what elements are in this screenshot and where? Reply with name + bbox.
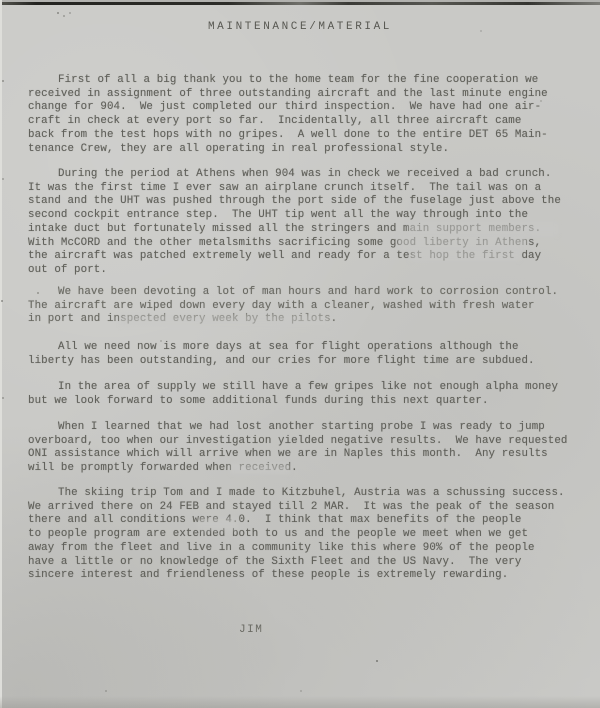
scanned-letter-page: MAINTENANCE/MATERIAL First of all a big … — [0, 0, 600, 708]
paragraph-corrosion-control: We have been devoting a lot of man hours… — [28, 286, 594, 327]
paragraph-athens-crunch: During the period at Athens when 904 was… — [28, 168, 594, 278]
paragraph-supply-gripes: In the area of supply we still have a fe… — [28, 381, 594, 408]
document-title: MAINTENANCE/MATERIAL — [0, 21, 600, 33]
signature: JIM — [239, 624, 263, 636]
paragraph-skiing-trip: The skiing trip Tom and I made to Kitzbu… — [28, 487, 594, 583]
paragraph-thank-you: First of all a big thank you to the home… — [28, 74, 594, 156]
paragraph-starting-probe: When I learned that we had lost another … — [28, 421, 594, 476]
scan-edge-bottom-shade — [0, 696, 600, 708]
paragraph-days-at-sea: All we need now is more days at sea for … — [28, 341, 594, 368]
paper-speckles — [57, 12, 59, 14]
scan-edge-left — [0, 0, 2, 708]
scan-edge-top-line — [0, 2, 600, 5]
